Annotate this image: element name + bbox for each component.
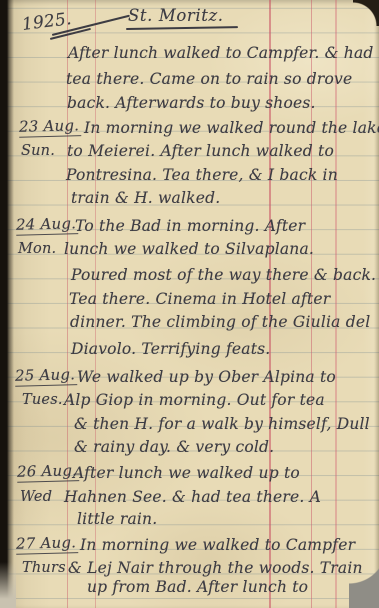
entry-day: Wed (20, 487, 52, 507)
journal-line: Alp Giop in morning. Out for tea (64, 390, 325, 410)
journal-line: up from Bad. After lunch to (87, 577, 308, 597)
journal-line: Tea there. Cinema in Hotel after (69, 289, 330, 309)
journal-line: After lunch walked to Campfer. & had (68, 43, 374, 63)
page-corner-top-right (353, 0, 379, 26)
journal-line: tea there. Came on to rain so drove (66, 69, 352, 89)
journal-line: Hahnen See. & had tea there. A (64, 487, 321, 507)
journal-line: & Lej Nair through the woods. Train (68, 558, 363, 578)
journal-line: In morning we walked to Campfer (80, 535, 355, 555)
book-binding-edge (0, 0, 14, 608)
entry-date: 27 Aug. (16, 532, 79, 555)
red-margin-line (67, 0, 68, 608)
journal-line: Poured most of the way there & back. (71, 265, 376, 285)
journal-line: Diavolo. Terrifying feats. (71, 339, 270, 359)
page-title: St. Moritz. (128, 6, 224, 26)
binding-bottom-fade (0, 562, 16, 608)
journal-line: to Meierei. After lunch walked to (67, 141, 334, 161)
journal-line: dinner. The climbing of the Giulia del (70, 312, 370, 332)
journal-line: train & H. walked. (71, 188, 220, 208)
entry-day: Mon. (18, 239, 56, 259)
entry-day: Thurs (22, 558, 66, 578)
entry-date: 26 Aug. (17, 460, 80, 483)
journal-line: To the Bad in morning. After (75, 216, 305, 236)
entry-day: Tues. (22, 390, 63, 410)
entry-date: 23 Aug. (19, 115, 82, 138)
red-margin-line (335, 0, 337, 608)
page-corner-bottom-right (349, 546, 379, 608)
entry-date: 24 Aug. (16, 213, 79, 236)
journal-line: & then H. for a walk by himself, Dull (74, 414, 370, 434)
journal-line: Pontresina. Tea there, & I back in (66, 165, 338, 185)
journal-line: lunch we walked to Silvaplana. (64, 239, 314, 259)
entry-date: 25 Aug. (15, 364, 78, 387)
entry-day: Sun. (21, 141, 55, 161)
journal-line: & rainy day. & very cold. (74, 437, 274, 457)
journal-line: back. Afterwards to buy shoes. (67, 93, 316, 113)
journal-line: little rain. (77, 509, 157, 529)
journal-line: After lunch we walked up to (73, 463, 300, 483)
journal-line: We walked up by Ober Alpina to (77, 367, 336, 387)
journal-line: In morning we walked round the lake (84, 118, 379, 138)
diary-page-scan: 1925. St. Moritz. After lunch walked to … (0, 0, 379, 608)
